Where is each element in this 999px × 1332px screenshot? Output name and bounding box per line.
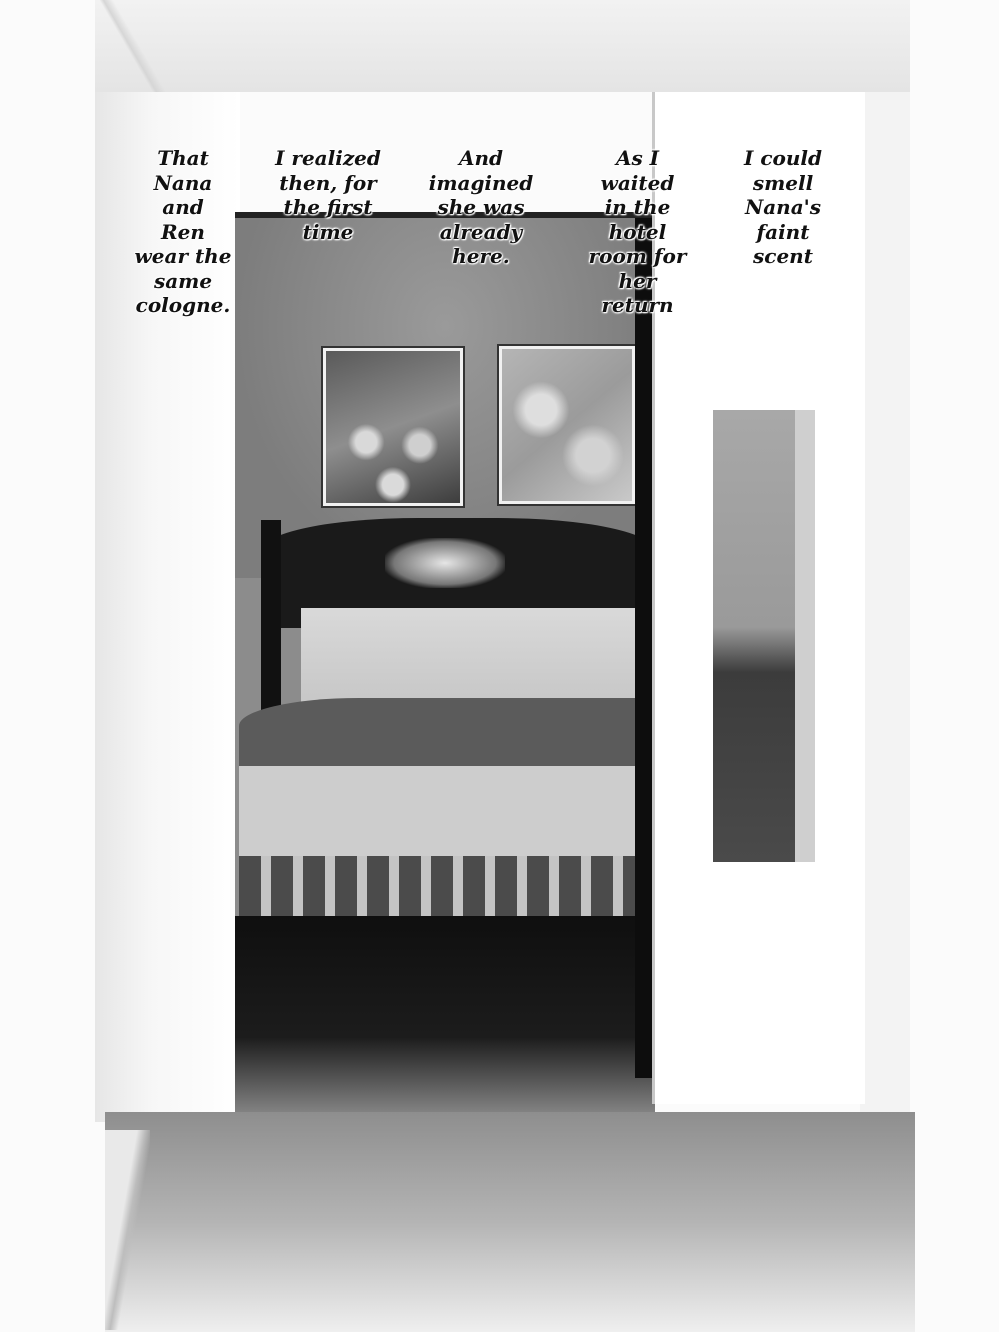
bedpost: [261, 520, 281, 720]
door-window: [713, 410, 815, 862]
caption-line: cologne.: [128, 293, 238, 318]
manga-page: That Nana and Ren wear the same cologne.…: [0, 0, 999, 1332]
caption-column-2: I realized then, for the first time: [258, 146, 398, 244]
caption-line: and: [128, 195, 238, 220]
caption-line: As I: [580, 146, 695, 171]
caption-line: same: [128, 269, 238, 294]
right-wall: [860, 92, 910, 1122]
caption-line: scent: [728, 244, 838, 269]
caption-line: I realized: [258, 146, 398, 171]
caption-line: here.: [416, 244, 546, 269]
caption-line: Nana: [128, 171, 238, 196]
caption-line: faint: [728, 220, 838, 245]
ceiling: [95, 0, 910, 92]
bed-blanket: [239, 698, 639, 768]
caption-line: already: [416, 220, 546, 245]
caption-line: her: [580, 269, 695, 294]
caption-line: imagined: [416, 171, 546, 196]
caption-line: hotel: [580, 220, 695, 245]
caption-line: time: [258, 220, 398, 245]
headboard-highlight: [385, 538, 505, 588]
caption-column-1: That Nana and Ren wear the same cologne.: [128, 146, 238, 318]
caption-line: I could: [728, 146, 838, 171]
bed-sheet: [239, 766, 639, 856]
caption-line: Ren: [128, 220, 238, 245]
framed-picture-right: [499, 346, 635, 504]
caption-line: she was: [416, 195, 546, 220]
caption-column-3: And imagined she was already here.: [416, 146, 546, 269]
bed-pillows: [301, 608, 635, 708]
caption-line: return: [580, 293, 695, 318]
floor-edge: [105, 1130, 150, 1330]
caption-column-4: As I waited in the hotel room for her re…: [580, 146, 695, 318]
caption-line: That: [128, 146, 238, 171]
doorway: [235, 212, 655, 1118]
caption-line: smell: [728, 171, 838, 196]
caption-line: then, for: [258, 171, 398, 196]
caption-line: the first: [258, 195, 398, 220]
door-jamb: [635, 218, 653, 1078]
caption-line: waited: [580, 171, 695, 196]
framed-picture-left: [323, 348, 463, 506]
under-bed-shadow: [235, 916, 655, 1118]
caption-line: room for: [580, 244, 695, 269]
caption-line: in the: [580, 195, 695, 220]
ceiling-corner: [95, 0, 175, 100]
caption-column-5: I could smell Nana's faint scent: [728, 146, 838, 269]
caption-line: wear the: [128, 244, 238, 269]
caption-line: Nana's: [728, 195, 838, 220]
caption-line: And: [416, 146, 546, 171]
bed-skirt: [239, 856, 639, 916]
floor: [105, 1112, 915, 1332]
